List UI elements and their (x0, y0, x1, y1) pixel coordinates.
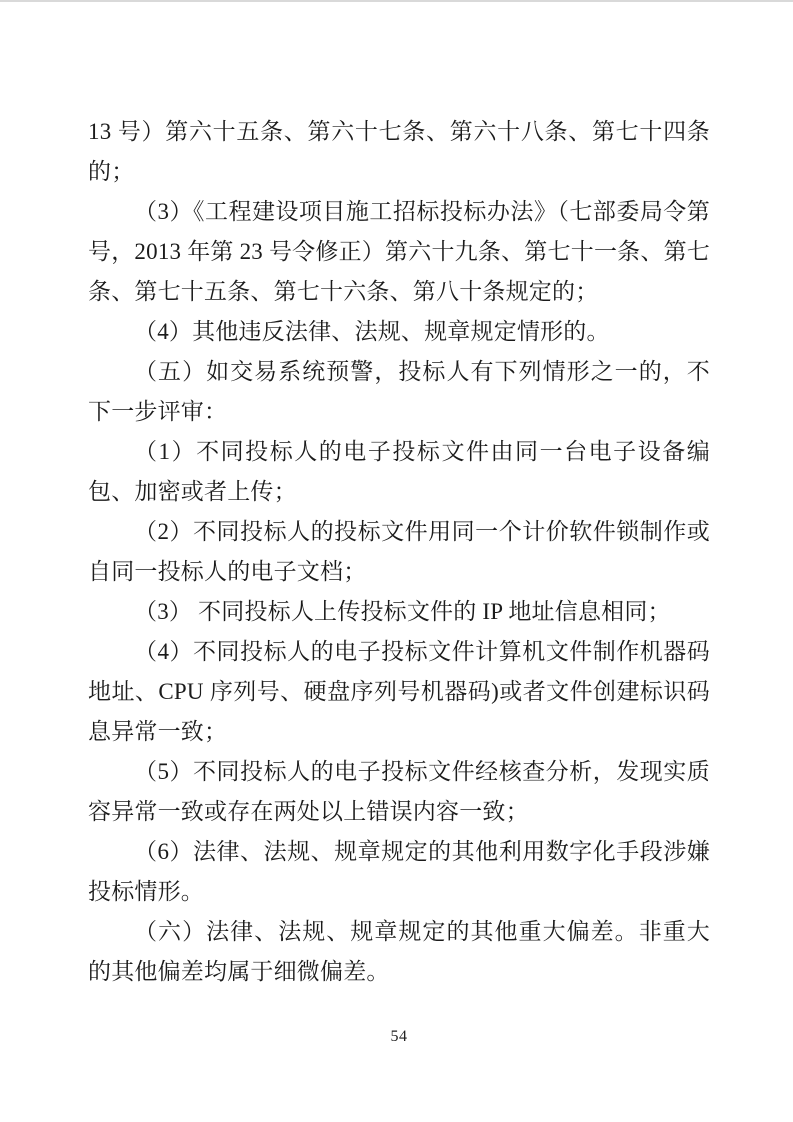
document-page: 13 号）第六十五条、第六十七条、第六十八条、第七十四条规定 的； （3）《工程… (0, 0, 793, 1122)
page-top-edge (0, 0, 793, 2)
document-line: （3）《工程建设项目施工招标投标办法》（七部委局令第 30 (88, 192, 710, 232)
document-line: 条、第七十五条、第七十六条、第八十条规定的； (88, 272, 710, 312)
document-line: 号，2013 年第 23 号令修正）第六十九条、第七十一条、第七十四 (88, 232, 710, 272)
document-line: 地址、CPU 序列号、硬盘序列号机器码)或者文件创建标识码等信 (88, 672, 710, 712)
page-number: 54 (88, 1028, 710, 1046)
document-line: 容异常一致或存在两处以上错误内容一致； (88, 792, 710, 832)
document-line: （五）如交易系统预警，投标人有下列情形之一的，不进入 (88, 352, 710, 392)
document-line: 的其他偏差均属于细微偏差。 (88, 952, 710, 992)
document-line: 的； (88, 152, 710, 192)
document-line: 息异常一致； (88, 712, 710, 752)
document-body-text: 13 号）第六十五条、第六十七条、第六十八条、第七十四条规定 的； （3）《工程… (88, 112, 710, 992)
document-line: （4）其他违反法律、法规、规章规定情形的。 (88, 312, 710, 352)
document-line: 13 号）第六十五条、第六十七条、第六十八条、第七十四条规定 (88, 112, 710, 152)
document-line: （1）不同投标人的电子投标文件由同一台电子设备编制、打 (88, 432, 710, 472)
document-line: （3） 不同投标人上传投标文件的 IP 地址信息相同； (88, 592, 710, 632)
document-line: （六）法律、法规、规章规定的其他重大偏差。非重大偏差 (88, 912, 710, 952)
document-line: 下一步评审： (88, 392, 710, 432)
document-line: 自同一投标人的电子文档； (88, 552, 710, 592)
document-line: （4）不同投标人的电子投标文件计算机文件制作机器码(MAC (88, 632, 710, 672)
document-line: （5）不同投标人的电子投标文件经核查分析，发现实质性内 (88, 752, 710, 792)
document-line: 投标情形。 (88, 872, 710, 912)
document-line: （6）法律、法规、规章规定的其他利用数字化手段涉嫌串通 (88, 832, 710, 872)
document-line: 包、加密或者上传； (88, 472, 710, 512)
document-line: （2）不同投标人的投标文件用同一个计价软件锁制作或者出 (88, 512, 710, 552)
